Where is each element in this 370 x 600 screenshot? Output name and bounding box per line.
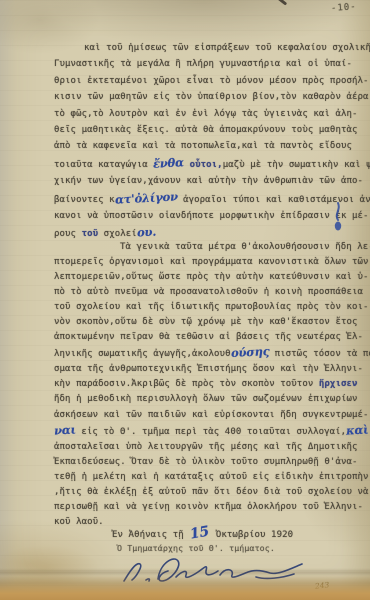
- text-line: ἀποσταλεῖσαι ὑπὸ λειτουργῶν τῆς μέσης κα…: [54, 440, 370, 455]
- typed-text: θριοι ἐκτεταμένοι χῶροι εἶναι τὸ μόνον μ…: [54, 76, 369, 86]
- text-line: σματα τῆς ἀνθρωποτεχνικῆς Ἐπιστήμης ὅσον…: [54, 362, 370, 377]
- text-line: κανοι νὰ ὑποστῶσιν οἱανδήποτε μορφωτικὴν…: [54, 208, 370, 224]
- text-line: τοῦ σχολείου καὶ τῆς ἰδιωτικῆς πρωτοβουλ…: [54, 300, 370, 315]
- text-line: νὸν σκοπὸν,οὕτω δὲ σὺν τῷ χρόνῳ μὲ τὴν κ…: [54, 315, 370, 330]
- text-line: κὴν παράδοσιν.Ἀκριβῶς δὲ πρὸς τὸν σκοπὸν…: [54, 377, 370, 392]
- typed-text: ληνικῆς σωματικῆς ἀγωγῆς,ἀκολουθ: [54, 349, 231, 359]
- handwritten-correction: ναι: [54, 422, 77, 438]
- typed-text: ἀπὸ τὰ καφενεῖα καὶ τὰ ποτοπωλεῖα,καὶ τὰ…: [54, 141, 352, 151]
- text-line: Τὰ γενικὰ ταῦτα μέτρα θ'ἀκολουθήσουσιν ἤ…: [54, 240, 370, 255]
- text-line: πτομερεῖς ὀργανισμοὶ καὶ προγράμματα καν…: [54, 255, 370, 270]
- text-line: ἀποκτωμένην πεῖραν θὰ τεθῶσιν αἱ βάσεις …: [54, 330, 370, 345]
- typed-text: κανοι νὰ ὑποστῶσιν οἱανδήποτε μορφωτικὴν…: [54, 211, 369, 221]
- text-line: κισιν τῶν μαθητῶν εἰς τὸν ὑπαίθριον βίον…: [54, 89, 370, 105]
- text-line: ναι εἰς τὸ Θ'. τμῆμα περὶ τὰς 400 τοιαῦτ…: [54, 423, 370, 440]
- handwritten-day: 15: [189, 523, 211, 542]
- typed-text: καὶ τοῦ ἡμίσεως τῶν εἰσπράξεων τοῦ κεφαλ…: [84, 43, 370, 53]
- text-line: τοιαῦτα καταγώγια ἔνθα οὗτοι,μαζὺ μὲ τὴν…: [54, 155, 370, 173]
- page-bottom-edge: [0, 574, 370, 600]
- typed-text: πὸ τὸ αὐτὸ πνεῦμα νὰ προσανατολισθοῦν ἡ …: [54, 287, 363, 297]
- text-line: θριοι ἐκτεταμένοι χῶροι εἶναι τὸ μόνον μ…: [54, 73, 370, 89]
- ink-overstruck-text: τοῦ: [82, 229, 99, 239]
- typed-text: ἀσκήσεων καὶ τῶν παιδιῶν καὶ εὑρίσκονται…: [54, 410, 369, 420]
- typed-text: κισιν τῶν μαθητῶν εἰς τὸν ὑπαίθριον βίον…: [54, 92, 369, 102]
- typed-text: βαίνοντες κ: [54, 195, 115, 205]
- typed-text: πτομερεῖς ὀργανισμοὶ καὶ προγράμματα καν…: [54, 257, 369, 267]
- paragraph-1: καὶ τοῦ ἡμίσεως τῶν εἰσπράξεων τοῦ κεφαλ…: [54, 40, 370, 243]
- typed-text: ἀποσταλεῖσαι ὑπὸ λειτουργῶν τῆς μέσης κα…: [54, 442, 358, 452]
- text-line: ,ἥτις θὰ ἐκλέξῃ ἐξ αὐτοῦ πᾶν ὅτι δέον δι…: [54, 485, 370, 500]
- handwritten-correction: καὶ: [346, 422, 369, 438]
- ink-overstruck-text: οὗτοι,: [184, 160, 223, 170]
- text-line: ἤδη ἡ μεθοδικὴ περισυλλογὴ ὅλων τῶν σωζο…: [54, 392, 370, 407]
- text-line: χικήν των ὑγείαν,χάνουν καὶ αὐτὴν τὴν ἀν…: [54, 173, 370, 189]
- text-line: λεπτομερειῶν,οὕτως ὥστε πρὸς τὴν αὐτὴν κ…: [54, 270, 370, 285]
- typed-text: Γυμναστικῆς τὰ μεγάλα ἢ πλήρη γυμναστήρι…: [54, 59, 352, 69]
- scanned-document-page: -10- καὶ τοῦ ἡμίσεως τῶν εἰσπράξεων τοῦ …: [0, 0, 370, 600]
- typed-text: Ἐκπαιδεύσεως. Ὅταν δὲ τὸ ὑλικὸν τοῦτο συ…: [54, 457, 358, 467]
- paragraph-2: Τὰ γενικὰ ταῦτα μέτρα θ'ἀκολουθήσουσιν ἤ…: [54, 240, 370, 530]
- dateline-suffix: Ὀκτωβρίου 1920: [210, 530, 293, 540]
- text-line: τεθῇ ἡ μελέτη καὶ ἡ κατάταξις αὐτοῦ εἰς …: [54, 470, 370, 485]
- typed-text: ρους: [54, 229, 82, 239]
- typed-text: ἀποκτωμένην πεῖραν θὰ τεθῶσιν αἱ βάσεις …: [54, 332, 363, 342]
- text-line: καὶ τοῦ ἡμίσεως τῶν εἰσπράξεων τοῦ κεφαλ…: [54, 40, 370, 56]
- typed-text: ἤδη ἡ μεθοδικὴ περισυλλογὴ ὅλων τῶν σωζο…: [54, 394, 358, 404]
- typed-text: σχολεί: [98, 229, 137, 239]
- text-line: θεῖς μαθητικὰς ἕξεις. αὐτὰ θὰ ἀπομακρύνο…: [54, 122, 370, 138]
- typed-text: τοιαῦτα καταγώγια: [54, 160, 153, 170]
- ink-overstruck-text: ἤρχισεν: [319, 379, 358, 389]
- dateline: Ἐν Ἀθήναις τῇ 15 Ὀκτωβρίου 1920: [112, 525, 293, 541]
- typed-text: ,ἥτις θὰ ἐκλέξῃ ἐξ αὐτοῦ πᾶν ὅτι δέον δι…: [54, 487, 369, 497]
- typed-text: μαζὺ μὲ τὴν σωματικὴν καὶ ψυ-: [223, 160, 370, 170]
- dateline-prefix: Ἐν Ἀθήναις τῇ: [112, 530, 189, 540]
- text-line: Γυμναστικῆς τὰ μεγάλα ἢ πλήρη γυμναστήρι…: [54, 56, 370, 72]
- text-line: Ἐκπαιδεύσεως. Ὅταν δὲ τὸ ὑλικὸν τοῦτο συ…: [54, 455, 370, 470]
- text-line: πὸ τὸ αὐτὸ πνεῦμα νὰ προσανατολισθοῦν ἡ …: [54, 285, 370, 300]
- text-line: ἀσκήσεων καὶ τῶν παιδιῶν καὶ εὑρίσκονται…: [54, 408, 370, 423]
- typed-text: εἰς τὸ Θ'. τμῆμα περὶ τὰς 400 τοιαῦται σ…: [76, 427, 346, 437]
- typed-text: κοῦ λαοῦ.: [54, 517, 104, 527]
- text-line: τὸ φῶς,τὸ λουτρὸν καὶ ἐν ἑνὶ λόγῳ τὰς ὑγ…: [54, 106, 370, 122]
- typed-text: θεῖς μαθητικὰς ἕξεις. αὐτὰ θὰ ἀπομακρύνο…: [54, 125, 358, 135]
- typed-text: χικήν των ὑγείαν,χάνουν καὶ αὐτὴν τὴν ἀν…: [54, 176, 363, 186]
- typed-text: νὸν σκοπὸν,οὕτω δὲ σὺν τῷ χρόνῳ μὲ τὴν κ…: [54, 317, 358, 327]
- text-line: ἀπὸ τὰ καφενεῖα καὶ τὰ ποτοπωλεῖα,καὶ τὰ…: [54, 138, 370, 154]
- blue-ink-flourish: [330, 202, 346, 232]
- typed-text: περισωθῇ καὶ νὰ γείνῃ κοινὸν κτῆμα ὁλοκλ…: [54, 502, 363, 512]
- text-line: περισωθῇ καὶ νὰ γείνῃ κοινὸν κτῆμα ὁλοκλ…: [54, 500, 370, 515]
- text-line: ληνικῆς σωματικῆς ἀγωγῆς,ἀκολουθούσης πι…: [54, 345, 370, 362]
- typed-text: σματα τῆς ἀνθρωποτεχνικῆς Ἐπιστήμης ὅσον…: [54, 364, 363, 374]
- typed-text: λεπτομερειῶν,οὕτως ὥστε πρὸς τὴν αὐτὴν κ…: [54, 272, 369, 282]
- text-line: βαίνοντες κατ'ὀλίγον ἀγοραῖοι τύποι καὶ …: [54, 190, 370, 208]
- typed-text: τοῦ σχολείου καὶ τῆς ἰδιωτικῆς πρωτοβουλ…: [54, 302, 369, 312]
- typed-text: τὸ φῶς,τὸ λουτρὸν καὶ ἐν ἑνὶ λόγῳ τὰς ὑγ…: [54, 109, 358, 119]
- handwritten-correction: ἔνθα: [153, 154, 185, 172]
- page-number: -10-: [331, 2, 357, 14]
- typed-text: κὴν παράδοσιν.Ἀκριβῶς δὲ πρὸς τὸν σκοπὸν…: [54, 379, 319, 389]
- typed-text: πιστῶς τόσον τὰ πορί-: [269, 349, 370, 359]
- typed-text: Τὰ γενικὰ ταῦτα μέτρα θ'ἀκολουθήσουσιν ἤ…: [120, 242, 370, 252]
- handwritten-correction: ου.: [136, 224, 156, 241]
- handwritten-correction: ούσης: [230, 344, 269, 361]
- pen-stroke-mark: [273, 0, 287, 6]
- typed-text: τεθῇ ἡ μελέτη καὶ ἡ κατάταξις αὐτοῦ εἰς …: [54, 472, 369, 482]
- handwritten-correction: ατ'ὀλίγον: [114, 188, 178, 208]
